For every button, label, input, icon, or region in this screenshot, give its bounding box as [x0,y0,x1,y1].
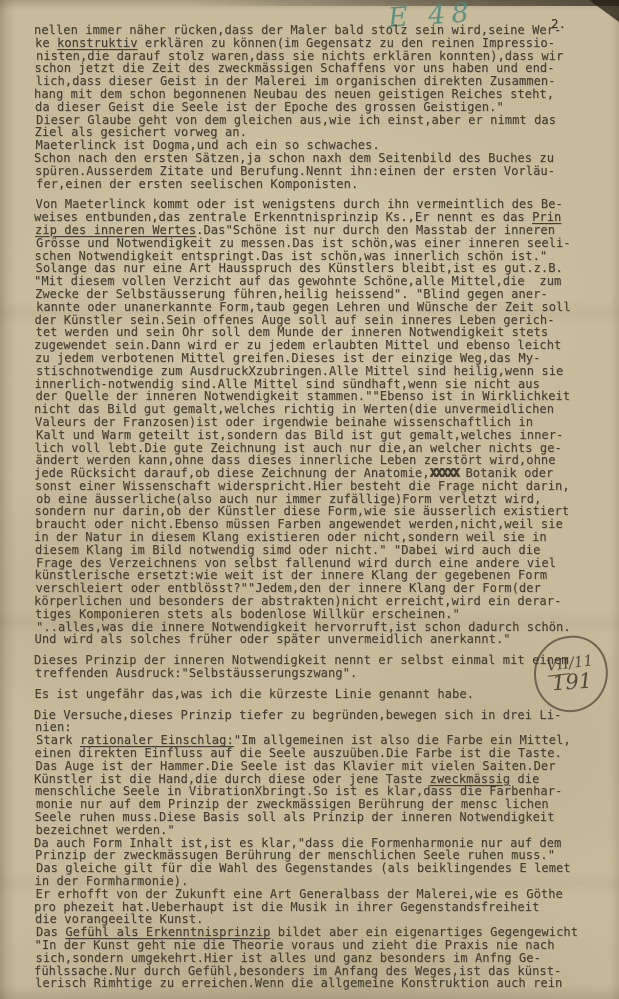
typed-text: Es ist ungefähr das,was ich die kürzeste… [35,687,474,701]
typed-text: Und wird als solches früher oder später … [35,632,511,646]
torn-corner [589,0,619,22]
typed-line: Und wird als solches früher oder später … [35,633,610,646]
typed-text: treffenden Ausdruck:"Selbstäusserungszwa… [35,666,357,680]
typed-line: Die Versuche,dieses Prinzip tiefer zu be… [34,709,609,722]
typed-text: Die Versuche,dieses Prinzip tiefer zu be… [34,708,561,722]
typed-line: treffenden Ausdruck:"Selbstäusserungszwa… [35,667,610,680]
typed-line: lerisch Rimhtige zu erreichen.Wenn die a… [35,977,610,990]
typed-line: Es ist ungefähr das,was ich die kürzeste… [35,688,610,701]
typed-line: fer,einen der ersten seelischen Komponis… [36,178,611,191]
typed-text: lerisch Rimhtige zu erreichen.Wenn die a… [35,976,562,990]
typed-text-block: nellen immer näher rücken,dass der Maler… [35,24,610,990]
photo-top-shadow [0,0,619,6]
stamp-number: 191 [551,670,593,695]
typed-text: fer,einen der ersten seelischen Komponis… [36,177,358,191]
document-page: E 48 2. nellen immer näher rücken,dass d… [0,0,619,999]
